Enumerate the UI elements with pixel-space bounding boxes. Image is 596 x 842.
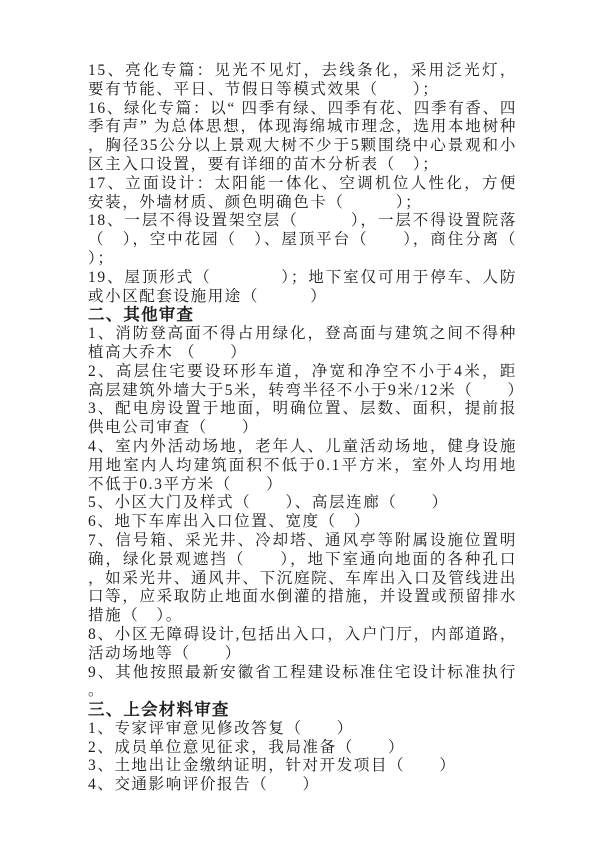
section-heading-meeting-materials: 三、上会材料审查 (88, 701, 517, 720)
doc-item-other-7: 7、信号箱、采光井、冷却塔、通风亭等附属设施位置明确，绿化景观遮挡（ ），地下室… (88, 532, 517, 626)
doc-item-19: 19、屋顶形式（ ）；地下室仅可用于停车、人防或小区配套设施用途（ ） (88, 269, 517, 307)
doc-item-materials-4: 4、交通影响评价报告（ ） (88, 776, 517, 795)
doc-item-17: 17、立面设计：太阳能一体化、空调机位人性化，方便安装，外墙材质、颜色明确色卡（… (88, 175, 517, 213)
doc-item-18: 18、一层不得设置架空层（ ），一层不得设置院落（ ），空中花园（ ）、屋顶平台… (88, 212, 517, 268)
document-canvas: 15、亮化专篇：见光不见灯，去线条化，采用泛光灯，要有节能、平日、节假日等模式效… (0, 0, 596, 842)
doc-item-15: 15、亮化专篇：见光不见灯，去线条化，采用泛光灯，要有节能、平日、节假日等模式效… (88, 62, 517, 100)
doc-item-other-2: 2、高层住宅要设环形车道，净宽和净空不小于4米，距高层建筑外墙大于5米，转弯半径… (88, 363, 517, 401)
section-heading-other-review: 二、其他审查 (88, 306, 517, 325)
doc-item-materials-3: 3、土地出让金缴纳证明，针对开发项目（ ） (88, 757, 517, 776)
doc-item-other-1: 1、消防登高面不得占用绿化，登高面与建筑之间不得种植高大乔木 （ ） (88, 325, 517, 363)
doc-item-materials-1: 1、专家评审意见修改答复（ ） (88, 720, 517, 739)
doc-item-other-6: 6、地下车库出入口位置、宽度（ ） (88, 513, 517, 532)
doc-item-materials-2: 2、成员单位意见征求，我局准备（ ） (88, 739, 517, 758)
doc-item-other-4: 4、室内外活动场地，老年人、儿童活动场地，健身设施用地室内人均建筑面积不低于0.… (88, 438, 517, 494)
document-page: 15、亮化专篇：见光不见灯，去线条化，采用泛光灯，要有节能、平日、节假日等模式效… (88, 62, 517, 795)
doc-item-other-8: 8、小区无障碍设计,包括出入口，入户门厅，内部道路，活动场地等（ ） (88, 626, 517, 664)
doc-item-other-5: 5、小区大门及样式（ ）、高层连廊（ ） (88, 494, 517, 513)
doc-item-other-9: 9、其他按照最新安徽省工程建设标准住宅设计标准执行。 (88, 664, 517, 702)
doc-item-16: 16、绿化专篇：以“ 四季有绿、四季有花、四季有香、四季有声” 为总体思想，体现… (88, 100, 517, 175)
doc-item-other-3: 3、配电房设置于地面，明确位置、层数、面积，提前报供电公司审查（ ） (88, 400, 517, 438)
